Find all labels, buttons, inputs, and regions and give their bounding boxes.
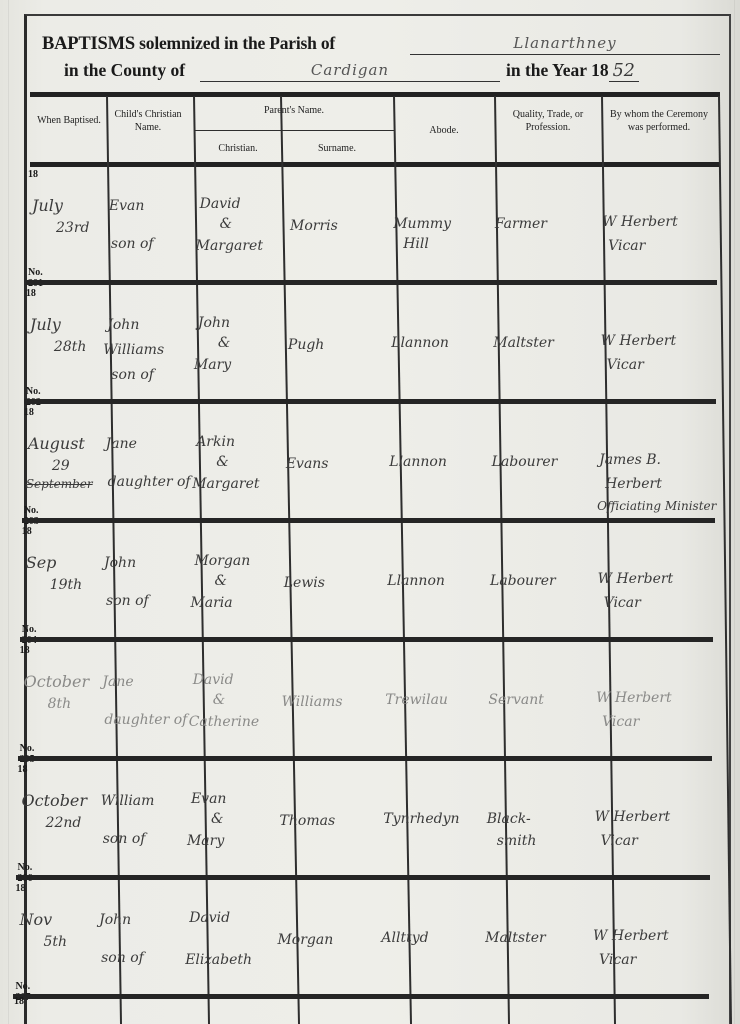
child-relation: daughter of <box>104 711 187 729</box>
officiant-title: Vicar <box>608 237 645 255</box>
abode: Llannon <box>389 453 447 471</box>
year-prefix: 18 <box>22 526 32 537</box>
parent-christian-1: David <box>200 195 241 213</box>
abode: Mummy <box>393 215 451 233</box>
baptism-date-month: July <box>30 316 61 334</box>
abode: Tynrhedyn <box>383 810 459 828</box>
baptism-date-day: 28th <box>54 338 86 356</box>
row-divider <box>16 875 711 880</box>
col-parents: Parent's Name. <box>196 104 392 117</box>
child-name: Jane <box>106 435 137 453</box>
year-prefix: 18 <box>28 169 38 180</box>
officiant-title: Vicar <box>607 356 644 374</box>
abode: Trewilau <box>385 691 448 709</box>
baptism-date-day: 22nd <box>46 814 82 832</box>
parent-christian-1: David <box>189 909 230 927</box>
officiant-name: W Herbert <box>595 808 671 826</box>
officiant-name: W Herbert <box>593 927 669 945</box>
parent-christian-1: Evan <box>191 790 227 808</box>
register-page: BAPTISMS solemnized in the Parish of Lla… <box>0 0 740 1024</box>
child-relation: son of <box>111 366 154 384</box>
officiant-name: W Herbert <box>596 689 672 707</box>
parent-surname: Evans <box>286 455 329 473</box>
header-rule-bottom <box>30 162 720 167</box>
parent-christian-2: Elizabeth <box>185 951 252 969</box>
quality-trade: Servant <box>488 691 543 709</box>
quality-trade: Labourer <box>492 453 558 471</box>
entry-number: No. 201 <box>28 267 43 289</box>
parent-surname: Lewis <box>284 574 325 592</box>
officiant-title: Vicar <box>604 594 641 612</box>
child-name: John <box>107 316 139 334</box>
child-name: John <box>104 554 136 572</box>
row-divider <box>13 994 709 999</box>
abode-line-2: Hill <box>403 235 429 253</box>
next-year-prefix: 18 <box>14 996 24 1007</box>
officiant-name: W Herbert <box>601 332 677 350</box>
child-relation: son of <box>111 235 154 253</box>
row-divider <box>26 280 717 285</box>
parents-divider <box>194 130 394 131</box>
officiant-name: James B. <box>599 451 661 469</box>
baptism-date-month: October <box>24 673 90 691</box>
baptism-date-day: 5th <box>43 933 67 951</box>
parish-field: Llanarthney <box>410 34 720 55</box>
child-relation: son of <box>101 949 144 967</box>
year-prefix: 18 <box>18 764 28 775</box>
parent-christian-2: Margaret <box>192 475 259 493</box>
year-label: in the Year 18 <box>506 60 609 80</box>
year-prefix: 18 <box>15 883 25 894</box>
col-by-whom: By whom the Ceremony was performed. <box>604 108 714 134</box>
county-field: Cardigan <box>200 61 500 82</box>
abode: Llannon <box>391 334 449 352</box>
child-relation: daughter of <box>108 473 191 491</box>
baptism-date-month: July <box>32 197 63 215</box>
child-name: Evan <box>109 197 145 215</box>
parent-christian-1: Arkin <box>196 433 235 451</box>
parent-surname: Morris <box>290 217 338 235</box>
child-name: Jane <box>102 673 133 691</box>
officiant-title: Vicar <box>599 951 636 969</box>
quality-trade-line-2: smith <box>497 832 537 850</box>
title-bold: BAPTISMS <box>42 34 135 54</box>
entry-number: No. 202 <box>26 386 41 408</box>
parent-ampersand: & <box>216 453 228 471</box>
year-line: in the Year 1852 <box>506 60 639 81</box>
baptism-date-day: 8th <box>48 695 72 713</box>
parent-christian-1: John <box>198 314 230 332</box>
parent-christian-1: David <box>193 671 234 689</box>
quality-trade: Black- <box>487 810 531 828</box>
county-label: in the County of <box>64 60 185 80</box>
quality-trade: Farmer <box>495 215 547 233</box>
parent-surname: Williams <box>282 693 343 711</box>
officiant-name: W Herbert <box>602 213 678 231</box>
parent-christian-2: Mary <box>187 832 224 850</box>
parent-ampersand: & <box>211 810 223 828</box>
baptism-date-month: Sep <box>26 554 57 572</box>
child-relation: son of <box>106 592 149 610</box>
baptism-date-day: 23rd <box>56 219 89 237</box>
entry-number: No. 204 <box>22 624 37 646</box>
col-when: When Baptised. <box>34 114 104 127</box>
baptism-date-note: September <box>26 475 93 493</box>
row-divider <box>22 518 715 523</box>
col-christian: Christian. <box>196 142 280 155</box>
officiant-title: Vicar <box>601 832 638 850</box>
officiant-name: W Herbert <box>598 570 674 588</box>
col-abode: Abode. <box>396 124 492 137</box>
entry-number: No. 205 <box>20 743 35 765</box>
baptism-date-month: Nov <box>19 911 52 929</box>
quality-trade: Maltster <box>493 334 554 352</box>
parent-christian-2: Catherine <box>189 713 259 731</box>
baptism-date-month: October <box>22 792 88 810</box>
abode: Llannon <box>387 572 445 590</box>
entry-number: No. 203 <box>24 505 39 527</box>
parent-ampersand: & <box>220 215 232 233</box>
county-line: in the County of <box>64 60 185 81</box>
abode: Allttyd <box>381 929 428 947</box>
officiant-title: Vicar <box>602 713 639 731</box>
col-quality: Quality, Trade, or Profession. <box>496 108 600 134</box>
parent-christian-2: Margaret <box>196 237 263 255</box>
col-child: Child's Christian Name. <box>108 108 188 134</box>
parent-surname: Morgan <box>277 931 333 949</box>
quality-trade: Labourer <box>490 572 556 590</box>
parent-ampersand: & <box>218 334 230 352</box>
parent-ampersand: & <box>213 691 225 709</box>
year-prefix: 18 <box>20 645 30 656</box>
header-rule-top <box>30 92 720 97</box>
row-divider <box>18 756 712 761</box>
baptism-date-month: August <box>28 435 85 453</box>
year-prefix: 18 <box>24 407 34 418</box>
quality-trade: Maltster <box>485 929 546 947</box>
row-divider <box>20 637 713 642</box>
child-relation: son of <box>103 830 146 848</box>
title-rest: solemnized in the Parish of <box>139 33 335 53</box>
parent-surname: Pugh <box>288 336 324 354</box>
baptism-date-day: 29 <box>52 457 70 475</box>
child-name: John <box>99 911 131 929</box>
parent-ampersand: & <box>214 572 226 590</box>
officiant-role: Officiating Minister <box>597 497 716 515</box>
year-suffix: 52 <box>609 61 639 82</box>
parent-surname: Thomas <box>280 812 336 830</box>
parent-christian-2: Maria <box>190 594 232 612</box>
officiant-title: Herbert <box>605 475 662 493</box>
row-divider <box>24 399 716 404</box>
child-surname: Williams <box>103 341 164 359</box>
parent-christian-1: Morgan <box>194 552 250 570</box>
register-title: BAPTISMS solemnized in the Parish of <box>42 33 335 55</box>
entry-number: No. 206 <box>18 862 33 884</box>
parent-christian-2: Mary <box>194 356 231 374</box>
child-name: William <box>101 792 155 810</box>
baptism-date-day: 19th <box>50 576 82 594</box>
year-prefix: 18 <box>26 288 36 299</box>
col-surname: Surname. <box>282 142 392 155</box>
